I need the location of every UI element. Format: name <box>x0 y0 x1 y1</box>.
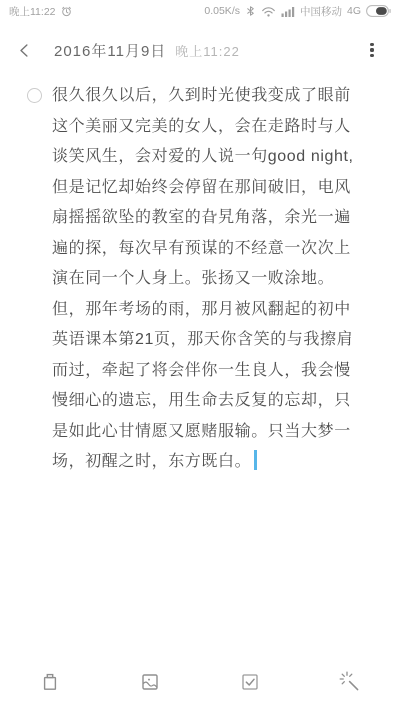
magic-wand-icon <box>338 670 362 694</box>
notes-app-screen: 晚上11:22 0.05K/s 中国移动 <box>0 0 400 711</box>
note-line: 谈笑风生，会对爱的人说一句good night, <box>52 142 372 173</box>
alarm-icon <box>61 6 72 17</box>
note-line: 慢细心的遗忘，用生命去反复的忘却，只 <box>52 386 372 417</box>
note-line: 遍的探，每次早有预谋的不经意一次次上 <box>52 234 372 265</box>
checklist-circle[interactable] <box>27 88 42 103</box>
note-line: 场，初醒之时，东方既白。 <box>52 447 372 478</box>
note-line: 而过，牵起了将会伴你一生良人，我会慢 <box>52 356 372 387</box>
chevron-left-icon <box>16 42 33 59</box>
network-speed: 0.05K/s <box>204 5 240 17</box>
bottom-toolbar <box>0 653 400 711</box>
checklist-button[interactable] <box>230 662 270 702</box>
note-lines: 很久很久以后，久到时光使我变成了眼前这个美丽又完美的女人，会在走路时与人谈笑风生… <box>52 81 372 478</box>
note-line: 扇摇摇欲坠的教室的旮旯角落，余光一遍 <box>52 203 372 234</box>
note-line: 这个美丽又完美的女人，会在走路时与人 <box>52 112 372 143</box>
carrier-label: 中国移动 <box>300 4 342 19</box>
note-line: 但，那年考场的雨，那月被风翻起的初中 <box>52 295 372 326</box>
delete-button[interactable] <box>30 662 70 702</box>
note-line: 很久很久以后，久到时光使我变成了眼前 <box>52 81 372 112</box>
bluetooth-icon <box>245 5 256 17</box>
checkbox-icon <box>238 670 262 694</box>
trash-icon <box>38 670 62 694</box>
status-time: 晚上11:22 <box>9 4 56 19</box>
network-type: 4G <box>347 5 361 17</box>
back-button[interactable] <box>16 38 40 62</box>
wifi-icon <box>261 6 276 17</box>
note-editor[interactable]: 很久很久以后，久到时光使我变成了眼前这个美丽又完美的女人，会在走路时与人谈笑风生… <box>52 81 372 478</box>
note-line: 但是记忆却始终会停留在那间破旧，电风 <box>52 173 372 204</box>
overflow-menu-button[interactable] <box>360 37 384 63</box>
image-icon <box>138 670 162 694</box>
battery-icon <box>366 5 391 17</box>
signal-icon <box>281 6 295 17</box>
note-line: 演在同一个人身上。张扬又一败涂地。 <box>52 264 372 295</box>
status-bar: 晚上11:22 0.05K/s 中国移动 <box>0 0 400 22</box>
beautify-button[interactable] <box>330 662 370 702</box>
insert-image-button[interactable] <box>130 662 170 702</box>
note-line: 英语课本第21页，那天你含笑的与我擦肩 <box>52 325 372 356</box>
note-line: 是如此心甘情愿又愿赌服输。只当大梦一 <box>52 417 372 448</box>
kebab-menu-icon <box>370 43 373 46</box>
note-time: 晚上11:22 <box>175 41 240 60</box>
note-date: 2016年11月9日 <box>54 40 166 61</box>
text-cursor <box>254 450 257 470</box>
note-header: 2016年11月9日 晚上11:22 <box>0 28 400 72</box>
